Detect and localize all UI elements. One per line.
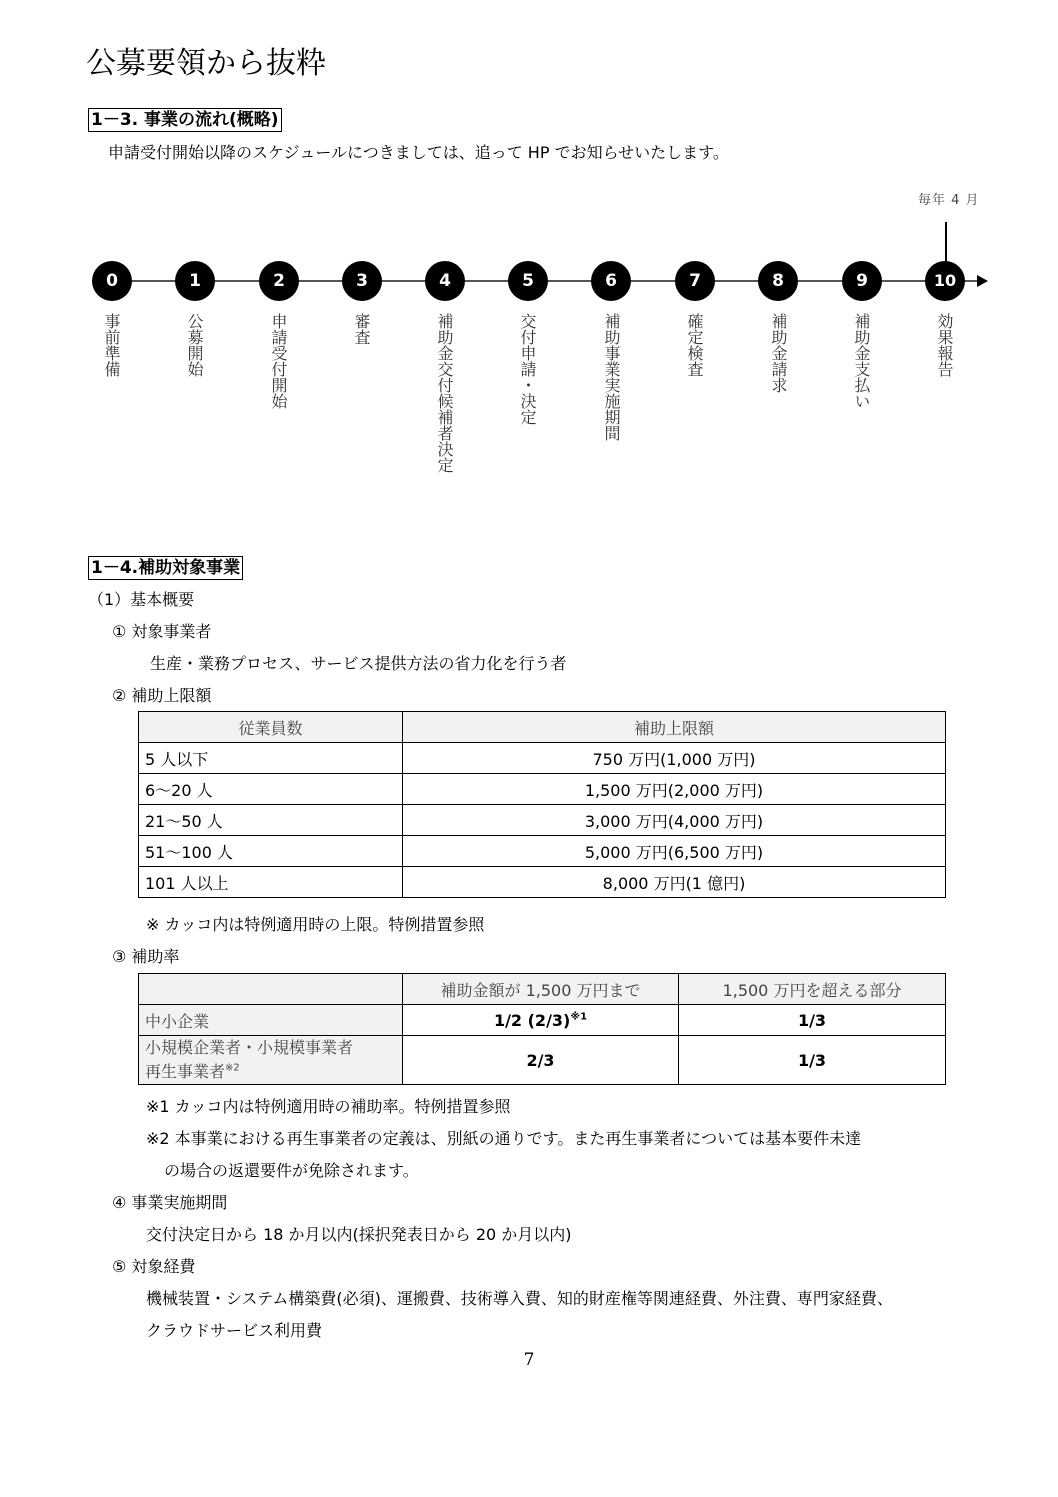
item-eligible-expenses-line-1: 機械装置・システム構築費(必須)、運搬費、技術導入費、知的財産権等関連経費、外注… xyxy=(146,1288,893,1310)
subsidy-cap-table: 従業員数 補助上限額 5 人以下 750 万円(1,000 万円) 6～20 人… xyxy=(138,711,946,898)
cap-amount-cell: 5,000 万円(6,500 万円) xyxy=(403,836,946,867)
item-target-business-title: ① 対象事業者 xyxy=(112,621,211,643)
timeline-step-6: 6 xyxy=(591,261,631,301)
item-eligible-expenses-title: ⑤ 対象経費 xyxy=(112,1256,195,1278)
table-row: 51～100 人 5,000 万円(6,500 万円) xyxy=(139,836,946,867)
timeline-label-5: 交付申請・決定 xyxy=(516,313,536,425)
employee-count-cell: 6～20 人 xyxy=(139,774,403,805)
subsidy-cap-note: ※ カッコ内は特例適用時の上限。特例措置参照 xyxy=(146,914,484,936)
table-row: 101 人以上 8,000 万円(1 億円) xyxy=(139,867,946,898)
table-row: 6～20 人 1,500 万円(2,000 万円) xyxy=(139,774,946,805)
cap-amount-cell: 750 万円(1,000 万円) xyxy=(403,743,946,774)
timeline-step-8: 8 xyxy=(758,261,798,301)
schedule-note: 申請受付開始以降のスケジュールにつきましては、追って HP でお知らせいたします… xyxy=(108,142,729,164)
column-header: 補助上限額 xyxy=(403,712,946,743)
cap-amount-cell: 8,000 万円(1 億円) xyxy=(403,867,946,898)
item-subsidy-cap-title: ② 補助上限額 xyxy=(112,685,211,707)
timeline-step-0: 0 xyxy=(92,261,132,301)
rate-cell: 1/3 xyxy=(679,1005,946,1036)
timeline-label-8: 補助金請求 xyxy=(767,313,787,393)
table-header-row: 補助金額が 1,500 万円まで 1,500 万円を超える部分 xyxy=(139,974,946,1005)
subsection-basic-overview: （1）基本概要 xyxy=(88,589,194,611)
table-row: 中小企業 1/2 (2/3)※1 1/3 xyxy=(139,1005,946,1036)
rate-cell: 1/2 (2/3)※1 xyxy=(403,1005,679,1036)
page-title: 公募要領から抜粋 xyxy=(86,44,326,84)
timeline-label-0: 事前準備 xyxy=(100,313,120,377)
cap-amount-cell: 3,000 万円(4,000 万円) xyxy=(403,805,946,836)
business-type-cell: 小規模企業者・小規模事業者再生事業者※2 xyxy=(139,1036,403,1085)
timeline-label-4: 補助金交付候補者決定 xyxy=(433,313,453,473)
subsidy-rate-note-1: ※1 カッコ内は特例適用時の補助率。特例措置参照 xyxy=(146,1096,511,1118)
subsidy-rate-note-2-line-2: の場合の返還要件が免除されます。 xyxy=(164,1160,419,1182)
employee-count-cell: 21～50 人 xyxy=(139,805,403,836)
timeline-step-1: 1 xyxy=(175,261,215,301)
column-header: 1,500 万円を超える部分 xyxy=(679,974,946,1005)
subsidy-rate-note-2-line-1: ※2 本事業における再生事業者の定義は、別紙の通りです。また再生事業者については… xyxy=(146,1128,861,1150)
table-row: 21～50 人 3,000 万円(4,000 万円) xyxy=(139,805,946,836)
timeline-label-6: 補助事業実施期間 xyxy=(600,313,620,441)
cap-amount-cell: 1,500 万円(2,000 万円) xyxy=(403,774,946,805)
business-type-line-1: 小規模企業者・小規模事業者 xyxy=(145,1038,353,1057)
table-row: 小規模企業者・小規模事業者再生事業者※2 2/3 1/3 xyxy=(139,1036,946,1085)
timeline-step-4: 4 xyxy=(425,261,465,301)
timeline-step-10: 10 xyxy=(925,261,965,301)
arrow-right-icon xyxy=(977,275,988,287)
business-type-line-2: 再生事業者 xyxy=(145,1062,225,1081)
page-number: 7 xyxy=(0,1350,1058,1370)
timeline-annotation-tick xyxy=(945,222,947,262)
timeline-step-9: 9 xyxy=(842,261,882,301)
item-target-business-text: 生産・業務プロセス、サービス提供方法の省力化を行う者 xyxy=(150,653,566,675)
footnote-mark: ※2 xyxy=(225,1063,240,1074)
section-heading-1-3: 1－3. 事業の流れ(概略) xyxy=(88,108,282,132)
subsidy-rate-table: 補助金額が 1,500 万円まで 1,500 万円を超える部分 中小企業 1/2… xyxy=(138,973,946,1085)
employee-count-cell: 5 人以下 xyxy=(139,743,403,774)
timeline-label-10: 効果報告 xyxy=(933,313,953,377)
timeline-label-1: 公募開始 xyxy=(183,313,203,377)
item-subsidy-rate-title: ③ 補助率 xyxy=(112,946,179,968)
timeline-step-2: 2 xyxy=(259,261,299,301)
timeline-label-2: 申請受付開始 xyxy=(267,313,287,409)
item-implementation-period-title: ④ 事業実施期間 xyxy=(112,1192,227,1214)
employee-count-cell: 51～100 人 xyxy=(139,836,403,867)
timeline-annotation: 毎年 4 月 xyxy=(918,189,980,208)
business-type-cell: 中小企業 xyxy=(139,1005,403,1036)
rate-value: 1/2 (2/3) xyxy=(494,1011,570,1030)
table-row: 5 人以下 750 万円(1,000 万円) xyxy=(139,743,946,774)
timeline-label-3: 審査 xyxy=(350,313,370,345)
rate-cell: 1/3 xyxy=(679,1036,946,1085)
timeline-step-7: 7 xyxy=(675,261,715,301)
item-implementation-period-text: 交付決定日から 18 か月以内(採択発表日から 20 か月以内) xyxy=(146,1224,572,1246)
timeline-label-9: 補助金支払い xyxy=(850,313,870,409)
footnote-mark: ※1 xyxy=(570,1011,587,1022)
timeline-step-3: 3 xyxy=(342,261,382,301)
column-header: 補助金額が 1,500 万円まで xyxy=(403,974,679,1005)
table-header-row: 従業員数 補助上限額 xyxy=(139,712,946,743)
timeline-step-5: 5 xyxy=(508,261,548,301)
section-heading-1-4: 1－4.補助対象事業 xyxy=(88,556,243,580)
column-header: 従業員数 xyxy=(139,712,403,743)
column-header xyxy=(139,974,403,1005)
item-eligible-expenses-line-2: クラウドサービス利用費 xyxy=(146,1320,322,1342)
timeline-label-7: 確定検査 xyxy=(683,313,703,377)
rate-cell: 2/3 xyxy=(403,1036,679,1085)
employee-count-cell: 101 人以上 xyxy=(139,867,403,898)
